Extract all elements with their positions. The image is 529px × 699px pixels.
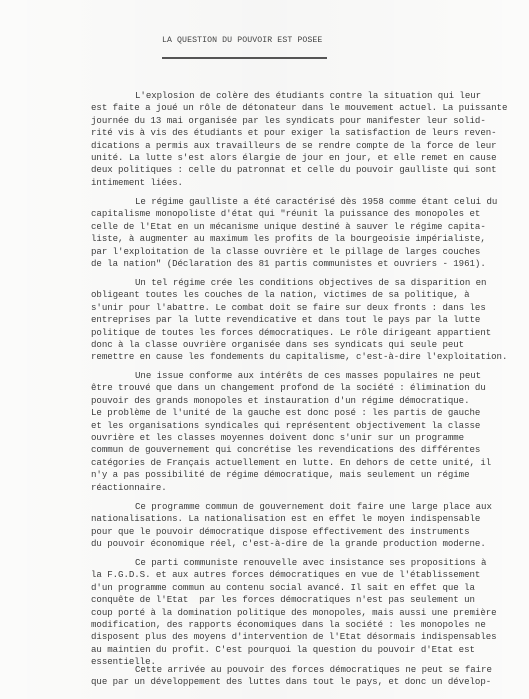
text-line: par l'exploitation de la classe ouvrière… — [91, 246, 511, 258]
text-line: du pouvoir économique réel, c'est-à-dire… — [91, 538, 511, 550]
text-line: disposent plus des moyens d'intervention… — [91, 631, 511, 643]
text-line: deux politiques : celle du patronnat et … — [91, 164, 511, 176]
text-line: rité vis à vis des étudiants et pour exi… — [91, 127, 511, 139]
paragraph-4: Une issue conforme aux intérêts de ces m… — [91, 370, 511, 494]
text-line: journée du 13 mai organisée par les synd… — [91, 115, 511, 127]
text-line: dications a permis aux travailleurs de s… — [91, 140, 511, 152]
text-line: catégories de Français actuellement en l… — [91, 457, 511, 469]
title-underline — [162, 57, 327, 59]
text-line: remettre en cause les fondements du capi… — [91, 351, 511, 363]
text-line: s'unir pour l'abattre. Le combat doit se… — [91, 302, 511, 314]
text-line: Un tel régime crée les conditions object… — [91, 277, 511, 289]
text-line: intimement liées. — [91, 177, 511, 189]
paragraph-1: L'explosion de colère des étudiants cont… — [91, 90, 511, 189]
text-line: liste, à augmenter au maximum les profit… — [91, 233, 511, 245]
text-line: nationalisations. La nationalisation est… — [91, 513, 511, 525]
paragraph-6: Ce parti communiste renouvelle avec insi… — [91, 557, 511, 669]
text-line: la F.G.D.S. et aux autres forces démocra… — [91, 569, 511, 581]
paragraph-5: Ce programme commun de gouvernement doit… — [91, 501, 511, 551]
text-line: pouvoir des grands monopoles et instaura… — [91, 395, 511, 407]
text-line: Le régime gaulliste a été caractérisé dè… — [91, 196, 511, 208]
text-line: obligeant toutes les couches de la natio… — [91, 289, 511, 301]
document-title: LA QUESTION DU POUVOIR EST POSEE — [162, 36, 322, 45]
text-line: réactionnaire. — [91, 482, 511, 494]
text-line: L'explosion de colère des étudiants cont… — [91, 90, 511, 102]
text-line: et les organisations syndicales qui repr… — [91, 420, 511, 432]
text-line: politique de toutes les forces démocrati… — [91, 327, 511, 339]
text-line: ouvrière et les classes moyennes doivent… — [91, 432, 511, 444]
text-line: celle de l'Etat en un mécanisme unique d… — [91, 221, 511, 233]
paragraph-3: Un tel régime crée les conditions object… — [91, 277, 511, 364]
text-line: coup porté à la domination politique des… — [91, 607, 511, 619]
text-line: modification, des rapports économiques d… — [91, 619, 511, 631]
text-line: pour que le pouvoir démocratique dispose… — [91, 526, 511, 538]
text-line: au maintien du profit. C'est pourquoi la… — [91, 644, 511, 656]
typewritten-page: LA QUESTION DU POUVOIR EST POSEE L'explo… — [0, 0, 529, 699]
paragraph-7: Cette arrivée au pouvoir des forces démo… — [91, 664, 511, 689]
text-line: d'un programme commun au contenu social … — [91, 582, 511, 594]
text-line: être trouvé que dans un changement profo… — [91, 382, 511, 394]
text-line: est faite a joué un rôle de détonateur d… — [91, 102, 511, 114]
text-line: que par un développement des luttes dans… — [91, 676, 511, 688]
text-line: donc à la classe ouvrière organisée dans… — [91, 339, 511, 351]
text-line: Ce parti communiste renouvelle avec insi… — [91, 557, 511, 569]
text-line: commun de gouvernement qui concrétise le… — [91, 444, 511, 456]
text-line: Cette arrivée au pouvoir des forces démo… — [91, 664, 511, 676]
text-line: Ce programme commun de gouvernement doit… — [91, 501, 511, 513]
text-line: capitalisme monopoliste d'état qui "réun… — [91, 208, 511, 220]
text-line: Le problème de l'unité de la gauche est … — [91, 407, 511, 419]
text-line: entreprises par la lutte revendicative e… — [91, 314, 511, 326]
text-line: de la nation" (Déclaration des 81 partis… — [91, 258, 511, 270]
text-line: n'y a pas possibilité de régime démocrat… — [91, 469, 511, 481]
text-line: unité. La lutte s'est alors élargie de j… — [91, 152, 511, 164]
text-line: Une issue conforme aux intérêts de ces m… — [91, 370, 511, 382]
paragraph-2: Le régime gaulliste a été caractérisé dè… — [91, 196, 511, 270]
text-line: conquête de l'Etat par les forces démocr… — [91, 594, 511, 606]
